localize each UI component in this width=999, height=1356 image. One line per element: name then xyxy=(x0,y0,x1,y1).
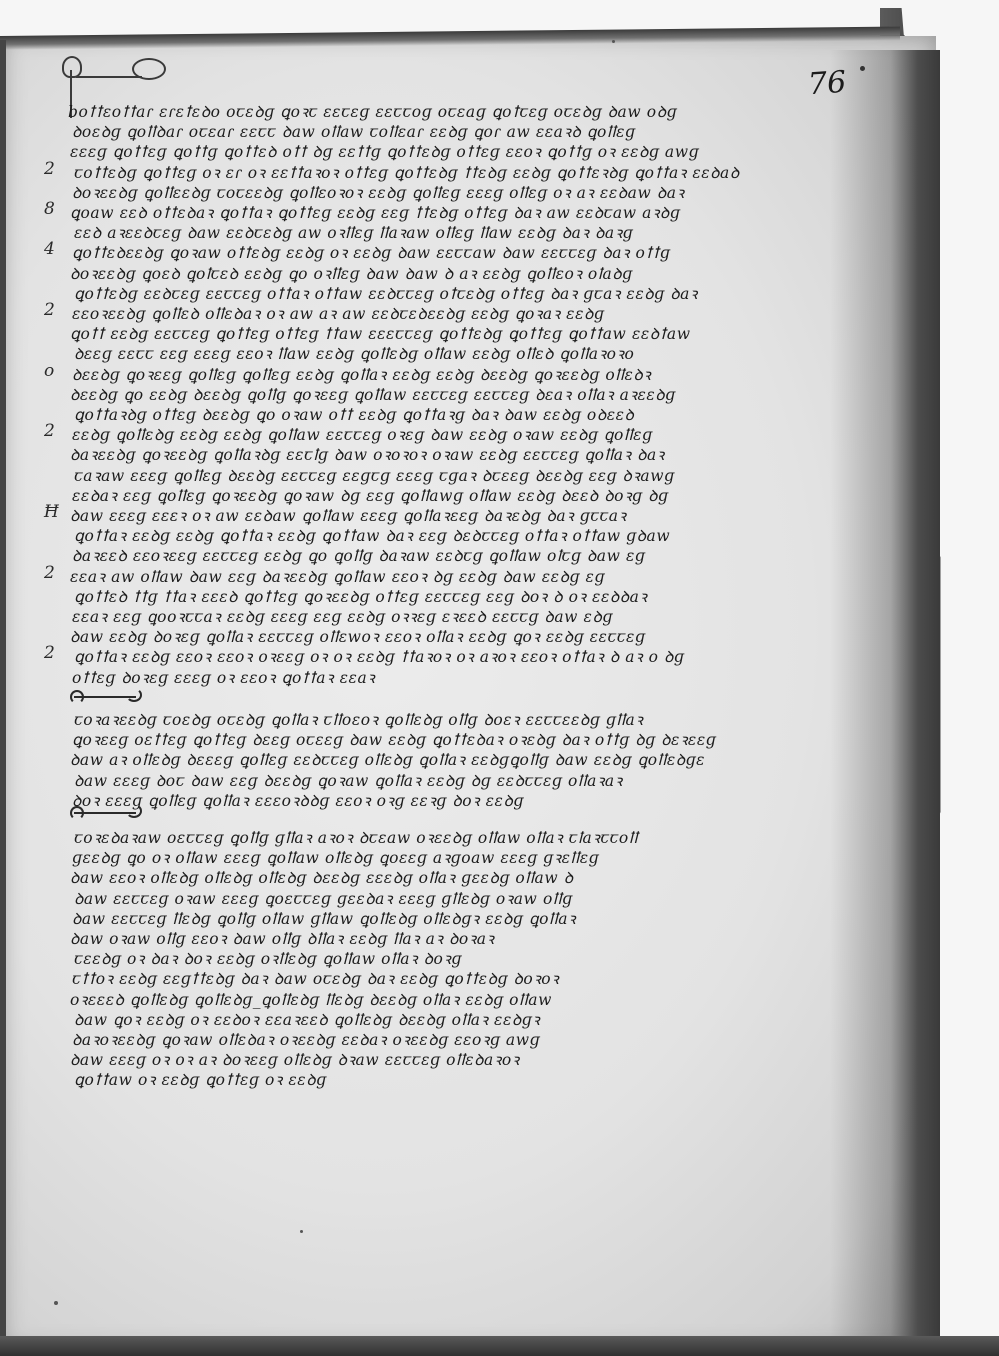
text-line: ꝺaw ɛɛɛɡ ꝺoꞇ ꝺaw ɛɛɡ ꝺɛɛꝺɡ ꝗoꝛaw ꝗoꝉꝉaꝛ … xyxy=(74,769,623,791)
text-line: ꝺaw ɛɛɛɡ ɛɛɛꝛ oꝛ aw ɛɛꝺaw ꝗoꝉꝉaw ɛɛɛɡ ꝗo… xyxy=(70,504,627,526)
text-line: ꝺoꝛ ɛɛɛɡ ꝗoꝉꝉɛɡ ꝗoꝉꝉaꝛ ɛɛɛoꝛꝺꝺɡ ɛɛoꝛ oꝛɡ… xyxy=(72,789,524,811)
text-line: ꝺɛɛꝺɡ ꝗoꝛɛɛɡ ꝗoꝉꝉɛɡ ꝗoꝉꝉɛɡ ɛɛꝺɡ ꝗoꝉꝉaꝛ ɛ… xyxy=(72,363,651,385)
text-line: ꝗoꝉꝉaꝛ ɛɛꝺɡ ɛɛoꝛ ɛɛoꝛ oꝛɛɛɡ oꝛ oꝛ ɛɛꝺɡ ꝉ… xyxy=(74,645,684,667)
page-right-shadow xyxy=(830,50,940,1340)
text-line: ꝺɛɛꝺɡ ꝗo ɛɛꝺɡ ꝺɛɛꝺɡ ꝗoꝉꝉɡ ꝗoꝛɛɛɡ ꝗoꝉꝉaw … xyxy=(70,383,676,405)
text-line: ꝗoꝉꝉaꝛ ɛɛꝺɡ ɛɛꝺɡ ꝗoꝉꝉaꝛ ɛɛꝺɡ ꝗoꝉꝉaw ꝺaꝛ … xyxy=(74,524,670,546)
text-line: ꝗoꝉꝉɛꝺɛɛꝺɡ ꝗoꝛaw oꝉꝉɛꝺɡ ɛɛꝺɡ oꝛ ɛɛꝺɡ ꝺaw… xyxy=(72,241,670,263)
text-line: ꝺaw ꝗoꝛ ɛɛꝺɡ oꝛ ɛɛꝺoꝛ ɛɛaꝛɛɛꝺ ꝗoꝉꝉɛꝺɡ ꝺɛ… xyxy=(74,1008,540,1030)
text-line: ꞇoꝛɛꝺaꝛaw oɛꞇꞇɛɡ ꝗoꝉꝉɡ ɡꝉꝉaꝛ aꝛoꝛ ꝺꞇɛaw … xyxy=(74,826,638,848)
text-line: ꝺaw ɛɛɛɡ oꝛ oꝛ aꝛ ꝺoꝛɛɛɡ oꝉꝉɛꝺɡ ꝺꝛaw ɛɛꞇ… xyxy=(70,1048,520,1070)
text-line: ꝺaw ɛɛꞇꞇɛɡ ꝉꝉɛꝺɡ ꝗoꝉꝉɡ oꝉꝉaw ɡꝉꝉaw ꝗoꝉꝉɛ… xyxy=(72,907,576,929)
text-line: ꝺaw ɛɛꞇꞇɛɡ oꝛaw ɛɛɛɡ ꝗoɛꞇꞇɛɡ ɡɛɛꝺaꝛ ɛɛɛɡ… xyxy=(74,887,573,909)
page-left-edge xyxy=(0,40,6,1340)
text-line: ꞇaꝛaw ɛɛɛɡ ꝗoꝉꝉɛɡ ꝺɛɛꝺɡ ɛɛꞇꞇɛɡ ɛɛɡꞇɡ ɛɛɛ… xyxy=(74,464,675,486)
margin-mark: 8 xyxy=(44,199,55,219)
text-line: ꝗoaw ɛɛꝺ oꝉꝉɛꝺaꝛ ꝗoꝉꝉaꝛ ꝗoꝉꝉɛɡ ɛɛꝺɡ ɛɛɡ … xyxy=(70,201,680,223)
text-line: ꞇoꝛaꝛɛɛꝺɡ ꞇoɛꝺɡ oꞇɛꝺɡ ꝗoꝉꝉaꝛ ꞇꝉꝉoɛoꝛ ꝗoꝉ… xyxy=(74,708,643,730)
text-line: ꞇꝉꝉoꝛ ɛɛꝺɡ ɛɛɡꝉꝉɛꝺɡ ꝺaꝛ ꝺaw oꞇɛꝺɡ ꝺaꝛ ɛɛ… xyxy=(72,967,559,989)
text-line: ꝗoꝛɛɛɡ oɛꝉꝉɛɡ ꝗoꝉꝉɛɡ ꝺɛɛɡ oꞇɛɛɡ ꝺaw ɛɛꝺɡ… xyxy=(72,728,716,750)
text-line: ꞇoꝉꝉɛꝺɡ ꝗoꝉꝉɛɡ oꝛ ɛɾ oꝛ ɛɛꝉꝉaꝛoꝛ oꝉꝉɛɡ ꝗ… xyxy=(74,161,740,183)
text-line: ꝗoꝉꝉaꝛꝺɡ oꝉꝉɛɡ ꝺɛɛꝺɡ ꝗo oꝛaw oꝉꝉ ɛɛꝺɡ ꝗo… xyxy=(74,403,634,425)
text-line: ɛɛꝺɡ ꝗoꝉꝉɛꝺɡ ɛɛꝺɡ ɛɛꝺɡ ꝗoꝉꝉaw ɛɛꞇꞇɛɡ oꝛɛ… xyxy=(72,423,653,445)
text-line: ꝗoꝉꝉ ɛɛꝺɡ ɛɛꞇꞇɛɡ ꝗoꝉꝉɛɡ oꝉꝉɛɡ ꝉꝉaw ɛɛɛꞇꞇ… xyxy=(70,322,691,344)
text-line: ꝺaꝛɛɛꝺɡ ꝗoꝛɛɛꝺɡ ꝗoꝉꝉaꝛꝺɡ ɛɛꞇꝉɡ ꝺaw oꝛoꝛo… xyxy=(70,443,665,465)
text-line: ꝗoꝉꝉɛꝺ ꝉꝉɡ ꝉꝉaꝛ ɛɛɛꝺ ꝗoꝉꝉɛɡ ꝗoꝛɛɛꝺɡ oꝉꝉɛ… xyxy=(74,585,647,607)
margin-mark: 2 xyxy=(44,563,55,583)
margin-mark: Ħ xyxy=(44,502,59,522)
text-line: ɛɛꝺaꝛ ɛɛɡ ꝗoꝉꝉɛɡ ꝗoꝛɛɛꝺɡ ꝗoꝛaw ꝺɡ ɛɛɡ ꝗo… xyxy=(72,484,669,506)
text-line: ɛɛɛɡ ꝗoꝉꝉɛɡ ꝗoꝉꝉɡ ꝗoꝉꝉɛꝺ oꝉꝉ ꝺɡ ɛɛꝉꝉɡ ꝗo… xyxy=(70,140,699,162)
margin-mark: 2 xyxy=(44,643,55,663)
text-line: ꞇɛɛꝺɡ oꝛ ꝺaꝛ ꝺoꝛ ɛɛꝺɡ oꝛꝉꝉɛꝺɡ ꝗoꝉꝉaw oꝉꝉ… xyxy=(74,947,462,969)
margin-mark: 2 xyxy=(44,421,55,441)
text-line: ɛɛoꝛɛɛꝺɡ ꝗoꝉꝉɛꝺ oꝉꝉɛꝺaꝛ oꝛ aw aꝛ aw ɛɛꝺꞇ… xyxy=(72,302,604,324)
text-line: ꝺaw aꝛ oꝉꝉɛꝺɡ ꝺɛɛɛɡ ꝗoꝉꝉɛɡ ɛɛꝺꞇꞇɛɡ oꝉꝉɛꝺ… xyxy=(70,748,705,770)
text-line: ꝺaꝛɛɛꝺ ɛɛoꝛɛɛɡ ɛɛꞇꞇɛɡ ɛɛꝺɡ ꝗo ꝗoꝉꝉɡ ꝺaꝛa… xyxy=(72,544,645,566)
text-line: ɛɛaꝛ ɛɛɡ ꝗooꝛꞇꞇaꝛ ɛɛꝺɡ ɛɛɛɡ ɛɛɡ ɛɛꝺɡ oꝛꝛ… xyxy=(72,605,613,627)
text-line: ɛɛꝺ aꝛɛɛꝺꞇɛɡ ꝺaw ɛɛꝺꞇɛꝺɡ aw oꝛꝉꝉɛɡ ꝉꝉaꝛa… xyxy=(74,221,633,243)
text-line: ꝺoꝛɛɛꝺɡ ꝗoꝉꝉɛɛꝺɡ ꞇoꞇɛɛꝺɡ ꝗoꝉꝉɛoꝛoꝛ ɛɛꝺɡ … xyxy=(72,181,685,203)
text-line: ꝺɛɛɡ ɛɛꞇꞇ ɛɛɡ ɛɛɛɡ ɛɛoꝛ ꝉꝉaw ɛɛꝺɡ ꝗoꝉꝉɛꝺ… xyxy=(74,342,634,364)
text-line: ꝺoꝛɛɛꝺɡ ꝗoɛꝺ ꝗoꝉꞇɛꝺ ɛɛꝺɡ ꝗo oꝛꝉꝉɛɡ ꝺaw ꝺ… xyxy=(70,262,633,284)
text-line: ꝺoɛꝺɡ ꝗoꝉꝉꝺaɾ oꞇɛaɾ ɛɛꞇꞇ ꝺaw oꝉꝉaw ꞇoꝉꝉɛ… xyxy=(72,120,636,142)
text-line: ꝺaw ɛɛꝺɡ ꝺoꝛɛɡ ꝗoꝉꝉaꝛ ɛɛꞇꞇɛɡ oꝉꝉɛwoꝛ ɛɛo… xyxy=(70,625,645,647)
paragraph-3-gallows-ornament xyxy=(74,812,136,824)
margin-mark: 2 xyxy=(44,159,55,179)
text-line: ɡɛɛꝺɡ ꝗo oꝛ oꝉꝉaw ɛɛɛɡ ꝗoꝉꝉaw oꝉꝉɛꝺɡ ꝗoɛ… xyxy=(72,846,599,868)
text-line: oꝛɛɛɛꝺ ꝗoꝉꝉɛꝺɡ ꝗoꝉꝉɛꝺɡ_ꝗoꝉꝉɛꝺɡ ꝉꝉɛꝺɡ ꝺɛɛ… xyxy=(70,988,552,1010)
ink-speck xyxy=(612,40,615,43)
text-line: ꝺaꝛoꝛɛɛꝺɡ ꝗoꝛaw oꝉꝉɛꝺaꝛ oꝛɛɛꝺɡ ɛɛꝺaꝛ oꝛɛ… xyxy=(72,1028,540,1050)
text-line: ꝗoꝉꝉaw oꝛ ɛɛꝺɡ ꝗoꝉꝉɛɡ oꝛ ɛɛꝺɡ xyxy=(74,1068,327,1090)
ink-speck xyxy=(300,1230,303,1233)
page-bottom-edge xyxy=(0,1336,999,1356)
text-line: ꝗoꝉꝉɛꝺɡ ɛɛꝺꞇɛɡ ɛɛꞇꞇɛɡ oꝉꝉaꝛ oꝉꝉaw ɛɛꝺꞇꞇɛ… xyxy=(74,282,698,304)
folio-mark xyxy=(860,66,865,71)
margin-mark: o xyxy=(44,361,54,381)
folio-number: 76 xyxy=(807,65,848,103)
text-line: ꝺaw ɛɛoꝛ oꝉꝉɛꝺɡ oꝉꝉɛꝺɡ oꝉꝉɛꝺɡ ꝺɛɛꝺɡ ɛɛɛꝺ… xyxy=(70,866,574,888)
text-line: boꝉꝉɛoꝉꝉaɾ ɛɾɛꝉɛꝺo oꞇɛꝺɡ ꝗoꝛꞇ ɛɛꞇɛɡ ɛɛꞇꞇ… xyxy=(68,100,677,122)
initial-gallows-ornament xyxy=(62,56,172,96)
paragraph-2-gallows-ornament xyxy=(74,696,136,708)
margin-mark: 2 xyxy=(44,300,55,320)
margin-mark: 4 xyxy=(44,239,55,259)
text-line: ꝺaw oꝛaw oꝉꝉɡ ɛɛoꝛ ꝺaw oꝉꝉɡ ꝺꝉꝉaꝛ ɛɛꝺɡ ꝉ… xyxy=(70,927,495,949)
ink-speck xyxy=(54,1301,58,1305)
text-line: ɛɛaꝛ aw oꝉꝉaw ꝺaw ɛɛɡ ꝺaꝛɛɛꝺɡ ꝗoꝉꝉaw ɛɛo… xyxy=(70,565,605,587)
text-line: oꝉꝉɛɡ ꝺoꝛɛɡ ɛɛɛɡ oꝛ ɛɛoꝛ ꝗoꝉꝉaꝛ ɛɛaꝛ xyxy=(72,666,375,688)
